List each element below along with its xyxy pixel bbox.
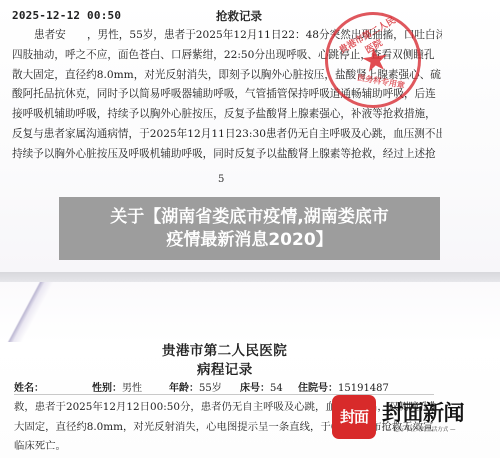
headline-line-2: 疫情最新消息2020】	[166, 229, 332, 252]
hospital-name: 贵港市第二人民医院	[162, 339, 287, 359]
name-label: 姓名：	[14, 383, 44, 394]
page-fold-shadow	[0, 282, 55, 342]
document-separator	[0, 272, 500, 282]
gender-value: 男性	[122, 383, 142, 394]
age-label: 年龄：	[169, 383, 199, 394]
bed-value: 54	[270, 383, 283, 394]
gender-field: 性别：男性	[92, 379, 142, 394]
age-value: 55岁	[199, 383, 222, 394]
body-line: 持续予以胸外心脏按压及呼吸机辅助呼吸，同时反复予以盐酸肾上腺素等抢救，经过上述抢	[12, 145, 442, 165]
patient-info-row: 姓名： 性别：男性 年龄：55岁 床号：54 住院号：15191487	[14, 379, 434, 395]
progress-record-title: 病程记录	[197, 358, 253, 378]
age-field: 年龄：55岁	[169, 379, 222, 394]
headline-banner: 关于【湖南省娄底市疫情,湖南娄底市 疫情最新消息2020】	[59, 197, 440, 260]
cover-news-logo-icon: 封面	[332, 395, 376, 439]
headline-line-1: 关于【湖南省娄底市疫情,湖南娄底市	[110, 206, 388, 229]
admission-field: 住院号：15191487	[298, 379, 389, 394]
admission-label: 住院号：	[298, 383, 338, 394]
cover-news-watermark: 封面 封面新闻 — 亿万年轻人的生活方式 —	[332, 395, 500, 445]
name-field: 姓名：	[14, 379, 44, 394]
bed-label: 床号：	[240, 383, 270, 394]
record-timestamp: 2025-12-12 00:50	[12, 9, 121, 22]
body-line: 反复与患者家属沟通病情，于2025年12月11日23:30患者仍无自主呼吸及心跳…	[12, 125, 442, 145]
bed-field: 床号：54	[240, 379, 283, 394]
body-line: 接呼吸机辅助呼吸，持续予以胸外心脏按压，反复予盐酸肾上腺素强心，补液等抢救措施，	[12, 105, 442, 125]
cover-news-brand: 封面新闻	[382, 397, 464, 427]
rescue-record-title: 抢救记录	[216, 8, 262, 24]
admission-value: 15191487	[338, 383, 389, 394]
page-number: 5	[218, 174, 224, 185]
cover-news-slogan: — 亿万年轻人的生活方式 —	[386, 425, 456, 433]
gender-label: 性别：	[92, 383, 122, 394]
